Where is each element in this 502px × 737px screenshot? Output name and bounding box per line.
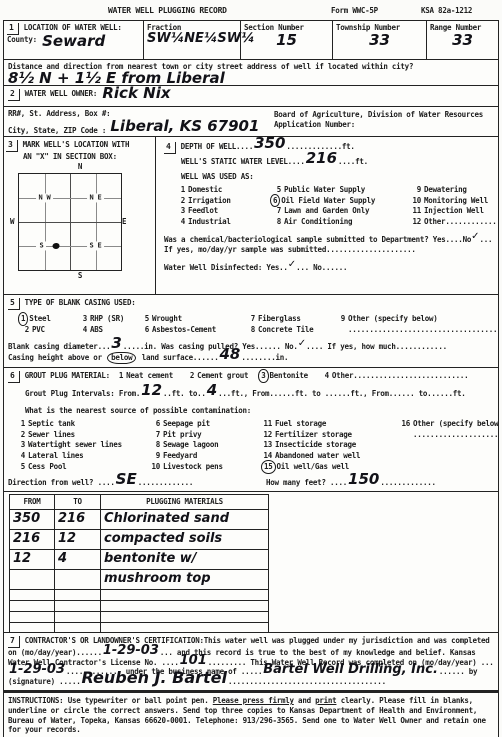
from-cell	[10, 612, 55, 623]
well-use-options: 1Domestic2Irrigation3Feedlot4Industrial …	[176, 185, 498, 228]
contamination-number: 15	[261, 460, 276, 474]
section2-owner: 2WATER WELL OWNER: Rick Nix	[4, 86, 498, 107]
use-option-number: 2	[176, 196, 185, 206]
compass-south-label: S	[28, 271, 132, 281]
casing-option: 1Steel	[20, 314, 78, 324]
form-number: Form WWC-5P	[331, 6, 378, 16]
contamination-option: 12Fertilizer storage	[263, 430, 401, 440]
use-options-col1: 1Domestic2Irrigation3Feedlot4Industrial	[176, 185, 272, 228]
instructions-text-part: Please press firmly	[213, 696, 294, 705]
contamination-option: 6Seepage pit	[151, 419, 263, 429]
township-number-cell: Township Number 33	[333, 21, 427, 59]
grout-material-option: 3Bentonite	[260, 371, 308, 380]
contamination-number: 10	[151, 462, 160, 472]
from-cell: 12	[10, 550, 55, 570]
use-option: 1Domestic	[176, 185, 272, 195]
casing-option-label: Steel	[29, 314, 50, 323]
use-options-col3: 9Dewatering10Monitoring Well11Injection …	[412, 185, 498, 228]
casing-option: 7Fiberglass	[246, 314, 336, 324]
grout-material-option: 4Other...........................	[320, 371, 469, 380]
section1-title: LOCATION OF WATER WELL:	[24, 23, 122, 32]
use-option: 11Injection Well	[412, 206, 498, 216]
contamination-option: 2Sewer lines	[16, 430, 151, 440]
section4-well-data: 4DEPTH OF WELL....350.............ft. WE…	[156, 137, 498, 294]
grout-material-number: 1	[114, 371, 123, 381]
contamination-label: Abandoned water well	[275, 451, 360, 460]
material-cell	[101, 623, 269, 634]
owner-label: WATER WELL OWNER:	[25, 89, 98, 98]
section6-badge: 6	[8, 371, 20, 383]
certification-text-6: .....................................	[228, 677, 386, 686]
contamination-label: Fuel storage	[275, 419, 326, 428]
from-cell	[10, 590, 55, 601]
material-cell: compacted soils	[101, 530, 269, 550]
contamination-number: 13	[263, 440, 272, 450]
contamination-col1: 1Septic tank2Sewer lines3Watertight sewe…	[16, 419, 151, 473]
casing-option: 8Concrete Tile	[246, 325, 336, 335]
casing-option-label: ABS	[90, 325, 103, 334]
compass-east-label: E	[122, 217, 130, 227]
form-title: WATER WELL PLUGGING RECORD	[108, 6, 227, 16]
material-cell	[101, 590, 269, 601]
grout-material-label: Cement grout	[197, 371, 248, 380]
casing-option-number: 5	[140, 314, 149, 324]
use-option: 2Irrigation	[176, 196, 272, 206]
section7-certification: 7CONTRACTOR'S OR LANDOWNER'S CERTIFICATI…	[4, 633, 498, 691]
use-option-label: Dewatering	[424, 185, 467, 194]
contamination-label: Insecticide storage	[275, 440, 356, 449]
material-cell	[101, 612, 269, 623]
application-number-label: Application Number:	[274, 120, 483, 130]
instructions-text-part: and	[294, 696, 315, 705]
grout-material-label: Other...........................	[332, 371, 469, 380]
contamination-number: 2	[16, 430, 25, 440]
instructions-box: INSTRUCTIONS: Use typewriter or ball poi…	[4, 691, 498, 737]
contamination-number: 12	[263, 430, 272, 440]
contamination-options: 1Septic tank2Sewer lines3Watertight sewe…	[16, 419, 494, 473]
contamination-number: 3	[16, 440, 25, 450]
static-level-label: WELL'S STATIC WATER LEVEL....	[181, 157, 305, 166]
section6-grout: 6GROUT PLUG MATERIAL: 1Neat cement2Cemen…	[4, 368, 498, 492]
to-cell	[55, 601, 101, 612]
use-option: 7Lawn and Garden Only	[272, 206, 412, 216]
casing-option: 4ABS	[78, 325, 140, 335]
contamination-label: Pit privy	[163, 430, 201, 439]
quarter-label-se: S E	[87, 241, 105, 250]
material-cell: mushroom top	[101, 570, 269, 590]
to-cell	[55, 612, 101, 623]
casing-option-label: Other (specify below)	[348, 314, 438, 323]
contamination-option: 14Abandoned water well	[263, 451, 401, 461]
use-option: 9Dewatering	[412, 185, 498, 195]
contamination-option: 7Pit privy	[151, 430, 263, 440]
sample-if-yes-label: If yes, mo/day/yr sample was submitted..…	[164, 245, 498, 255]
sample-question-tail: ...	[480, 235, 493, 244]
section4-badge: 4	[164, 142, 176, 154]
grid-line	[19, 222, 121, 223]
direction-label: Direction from well? ....	[8, 478, 115, 487]
from-cell: 350	[10, 510, 55, 530]
table-row: 350 216 Chlorinated sand	[10, 510, 269, 530]
contamination-option: 1Septic tank	[16, 419, 151, 429]
section3-title-line2: AN "X" IN SECTION BOX:	[23, 152, 153, 162]
use-option-label: Monitoring Well	[424, 196, 488, 205]
contamination-label: Other (specify below)	[413, 419, 498, 428]
contamination-number: 7	[151, 430, 160, 440]
contamination-col2: 6Seepage pit7Pit privy8Sewage lagoon9Fee…	[151, 419, 263, 473]
direction-tail: .............	[138, 478, 193, 487]
casing-option: 6Asbestos-Cement	[140, 325, 246, 335]
section-number-value: 15	[244, 31, 329, 51]
section-number-cell: Section Number 15	[241, 21, 333, 59]
casing-option-label: Asbestos-Cement	[152, 325, 216, 334]
depth-label: DEPTH OF WELL....	[181, 142, 254, 151]
location-cell: 1LOCATION OF WATER WELL: County: Seward	[4, 21, 144, 59]
contamination-option: 3Watertight sewer lines	[16, 440, 151, 450]
grout-material-number: 3	[258, 369, 268, 383]
casing-height-below-circled: below	[107, 352, 136, 365]
to-cell: 12	[55, 530, 101, 550]
table-row: mushroom top	[10, 570, 269, 590]
use-option-label: Air Conditioning	[284, 217, 352, 226]
distance-value: 8½ N + 1½ E from Liberal	[8, 69, 225, 86]
contamination-label: Fertilizer storage	[275, 430, 352, 439]
contamination-number: 5	[16, 462, 25, 472]
to-header: TO	[55, 495, 101, 510]
city-value: Liberal, KS 67901	[110, 117, 259, 135]
use-option-label: Public Water Supply	[284, 185, 365, 194]
city-label: City, State, ZIP Code :	[8, 126, 106, 135]
form-statute: KSA 82a-1212	[421, 6, 472, 16]
contamination-option: 16Other (specify below)	[401, 419, 498, 429]
section5-badge: 5	[8, 298, 20, 310]
compass-west-label: W	[10, 217, 18, 227]
casing-option-label: .......................................	[348, 325, 498, 334]
instructions-text-part: INSTRUCTIONS: Use typewriter or ball poi…	[8, 696, 213, 705]
contamination-label: Sewage lagoon	[163, 440, 218, 449]
grid-line	[19, 246, 121, 247]
casing-option-label: Fiberglass	[258, 314, 301, 323]
table-row: 12 4 bentonite w/	[10, 550, 269, 570]
section-box-grid: N W N E S S E	[18, 173, 122, 271]
quarter-label-ne: N E	[87, 193, 105, 202]
water-well-plugging-record-form: WATER WELL PLUGGING RECORD Form WWC-5P K…	[0, 0, 502, 737]
use-option: 12Other...................	[412, 217, 498, 227]
use-option-number: 8	[272, 217, 281, 227]
casing-option-number: 2	[20, 325, 29, 335]
use-option: 3Feedlot	[176, 206, 272, 216]
casing-pulled-tail: .... If yes, how much............	[306, 342, 447, 351]
contamination-label: Livestock pens	[163, 462, 223, 471]
interval-mid2: ...ft., From......ft. to ......ft., From…	[218, 389, 465, 398]
use-option-label: Industrial	[188, 217, 231, 226]
from-cell	[10, 601, 55, 612]
casing-height-label: Casing height above or	[8, 353, 102, 362]
contamination-number: 4	[16, 451, 25, 461]
section7-badge: 7	[8, 636, 20, 648]
well-location-mark	[52, 243, 59, 249]
plugging-materials-table: FROM TO PLUGGING MATERIALS 350 216 Chlor…	[9, 494, 269, 633]
section3-badge: 3	[6, 140, 18, 152]
casing-option: 9Other (specify below)	[336, 314, 494, 324]
section1-location: 1LOCATION OF WATER WELL: County: Seward …	[4, 21, 498, 60]
use-option-number: 12	[412, 217, 421, 227]
contamination-label: Feedyard	[163, 451, 197, 460]
static-level-label-tail: ....ft.	[338, 157, 368, 166]
casing-option: .......................................	[336, 325, 498, 335]
table-row	[10, 623, 269, 634]
contamination-label: Watertight sewer lines	[28, 440, 122, 449]
to-cell: 216	[55, 510, 101, 530]
sections-3-4: 3MARK WELL'S LOCATION WITH AN "X" IN SEC…	[4, 137, 498, 295]
grout-material-number: 4	[320, 371, 329, 381]
use-option-number: 4	[176, 217, 185, 227]
casing-option-number: 3	[78, 314, 87, 324]
casing-height-tail: ........in.	[241, 353, 288, 362]
use-option-label: Oil Field Water Supply	[281, 196, 375, 205]
contamination-label: Seepage pit	[163, 419, 210, 428]
casing-diameter-label: Blank casing diameter...	[8, 342, 110, 351]
distance-row: Distance and direction from nearest town…	[4, 60, 498, 86]
use-option-number: 10	[412, 196, 421, 206]
contamination-col3: 11Fuel storage12Fertilizer storage13Inse…	[263, 419, 401, 473]
use-option-number: 9	[412, 185, 421, 195]
disinfected-label-tail: ... No......	[296, 263, 347, 272]
compass-north-label: N	[28, 162, 132, 172]
township-number-value: 33	[336, 31, 423, 51]
materials-header: PLUGGING MATERIALS	[101, 495, 269, 510]
casing-option-number: 6	[140, 325, 149, 335]
casing-option-label: Wrought	[152, 314, 182, 323]
section1-badge: 1	[7, 23, 19, 35]
contamination-number: 6	[151, 419, 160, 429]
disinfected-label: Water Well Disinfected: Yes..	[164, 263, 288, 272]
use-option-number: 1	[176, 185, 185, 195]
fraction-value: SW¼NE¼SW¼	[147, 31, 237, 48]
contamination-label: Septic tank	[28, 419, 75, 428]
use-option-number: 6	[270, 194, 280, 208]
board-label: Board of Agriculture, Division of Water …	[274, 110, 483, 120]
section3-title-line1: MARK WELL'S LOCATION WITH	[23, 140, 130, 149]
casing-options-row1: 1Steel3RHP (SR)5Wrought7Fiberglass9Other…	[20, 314, 494, 325]
use-option-label: Other...................	[424, 217, 498, 226]
casing-options-row2: 2PVC4ABS6Asbestos-Cement8Concrete Tile..…	[20, 325, 494, 336]
material-cell: bentonite w/	[101, 550, 269, 570]
grout-intervals-label: Grout Plug Intervals: From.	[25, 389, 140, 398]
material-cell	[101, 601, 269, 612]
from-cell	[10, 570, 55, 590]
contamination-option: .......................	[401, 430, 498, 440]
contamination-label: Oil well/Gas well	[277, 462, 350, 471]
casing-option: 2PVC	[20, 325, 78, 335]
grout-material-option: 1Neat cement	[114, 371, 173, 380]
grout-material-option: 2Cement grout	[185, 371, 248, 380]
use-option: 6Oil Field Water Supply	[272, 196, 412, 206]
casing-diameter-tail: .....in.	[123, 342, 161, 351]
use-options-col2: 5Public Water Supply6Oil Field Water Sup…	[272, 185, 412, 228]
casing-option-number: 7	[246, 314, 255, 324]
table-body: 350 216 Chlorinated sand 216 12 compacte…	[10, 510, 269, 634]
range-number-cell: Range Number 33	[427, 21, 498, 59]
use-option-label: Domestic	[188, 185, 222, 194]
use-option: 8Air Conditioning	[272, 217, 412, 227]
used-as-label: WELL WAS USED AS:	[181, 172, 498, 182]
fraction-cell: Fraction SW¼NE¼SW¼	[144, 21, 241, 59]
instructions-text-part: print	[315, 696, 336, 705]
contamination-number: 16	[401, 419, 410, 429]
table-header-row: FROM TO PLUGGING MATERIALS	[10, 495, 269, 510]
section3-location-grid: 3MARK WELL'S LOCATION WITH AN "X" IN SEC…	[4, 137, 156, 294]
use-option-number: 7	[272, 206, 281, 216]
feet-tail: .............	[380, 478, 435, 487]
grout-material-options: 1Neat cement2Cement grout3Bentonite4Othe…	[114, 371, 480, 380]
grout-material-label: Bentonite	[270, 371, 308, 380]
casing-option: 3RHP (SR)	[78, 314, 140, 324]
contamination-option: 4Lateral lines	[16, 451, 151, 461]
section5-casing: 5TYPE OF BLANK CASING USED: 1Steel3RHP (…	[4, 295, 498, 368]
from-cell	[10, 623, 55, 634]
grout-material-number: 2	[185, 371, 194, 381]
contamination-label: Sewer lines	[28, 430, 75, 439]
contamination-number: 9	[151, 451, 160, 461]
contamination-option: 9Feedyard	[151, 451, 263, 461]
casing-height-mid: land surface......	[142, 353, 219, 362]
use-option-label: Feedlot	[188, 206, 218, 215]
contamination-number: 1	[16, 419, 25, 429]
casing-option-label: Concrete Tile	[258, 325, 313, 334]
contamination-question: What is the nearest source of possible c…	[25, 406, 494, 416]
contamination-label: .......................	[413, 430, 498, 439]
address-row: RR#, St. Address, Box #: City, State, ZI…	[4, 107, 498, 137]
contamination-option: 15Oil well/Gas well	[263, 462, 401, 472]
contamination-col4: 16Other (specify below).................…	[401, 419, 498, 473]
section6-title: GROUT PLUG MATERIAL:	[25, 371, 110, 380]
casing-option-label: RHP (SR)	[90, 314, 124, 323]
from-cell: 216	[10, 530, 55, 550]
interval-mid1: ..ft. to..	[163, 389, 206, 398]
use-option: 5Public Water Supply	[272, 185, 412, 195]
use-option-label: Lawn and Garden Only	[284, 206, 369, 215]
casing-option-number: 8	[246, 325, 255, 335]
section2-badge: 2	[8, 89, 20, 101]
grout-material-label: Neat cement	[126, 371, 173, 380]
casing-option-label: PVC	[32, 325, 45, 334]
use-option: 10Monitoring Well	[412, 196, 498, 206]
use-option-label: Injection Well	[424, 206, 484, 215]
plugging-table-row: FROM TO PLUGGING MATERIALS 350 216 Chlor…	[4, 492, 498, 633]
feet-label: How many feet? ....	[266, 478, 347, 487]
sample-question: Was a chemical/bacteriological sample su…	[164, 235, 471, 244]
county-label: County:	[7, 35, 37, 44]
section5-title: TYPE OF BLANK CASING USED:	[25, 298, 136, 307]
contamination-label: Cess Pool	[28, 462, 66, 471]
use-option-label: Irrigation	[188, 196, 231, 205]
material-cell: Chlorinated sand	[101, 510, 269, 530]
from-header: FROM	[10, 495, 55, 510]
table-row	[10, 601, 269, 612]
contamination-label: Lateral lines	[28, 451, 83, 460]
to-cell	[55, 590, 101, 601]
use-option: 4Industrial	[176, 217, 272, 227]
to-cell	[55, 570, 101, 590]
grid-line	[19, 198, 121, 199]
contamination-option: 8Sewage lagoon	[151, 440, 263, 450]
quarter-label-sw: S	[36, 241, 46, 250]
contamination-option: 13Insecticide storage	[263, 440, 401, 450]
casing-option-number: 4	[78, 325, 87, 335]
contamination-number: 8	[151, 440, 160, 450]
to-cell: 4	[55, 550, 101, 570]
board-block: Board of Agriculture, Division of Water …	[274, 110, 483, 130]
table-row	[10, 612, 269, 623]
casing-option-number: 1	[18, 312, 28, 326]
contamination-option: 10Livestock pens	[151, 462, 263, 472]
use-option-number: 3	[176, 206, 185, 216]
casing-option-number: 9	[336, 314, 345, 324]
quarter-label-nw: N W	[36, 193, 54, 202]
contamination-option: 11Fuel storage	[263, 419, 401, 429]
casing-option: 5Wrought	[140, 314, 246, 324]
range-number-value: 33	[430, 31, 495, 51]
form-header: WATER WELL PLUGGING RECORD Form WWC-5P K…	[3, 3, 499, 20]
table-row: 216 12 compacted soils	[10, 530, 269, 550]
contamination-number: 11	[263, 419, 272, 429]
form-body: 1LOCATION OF WATER WELL: County: Seward …	[3, 20, 499, 737]
table-row	[10, 590, 269, 601]
use-option-number: 11	[412, 206, 421, 216]
instructions-text: INSTRUCTIONS: Use typewriter or ball poi…	[8, 696, 494, 735]
to-cell	[55, 623, 101, 634]
